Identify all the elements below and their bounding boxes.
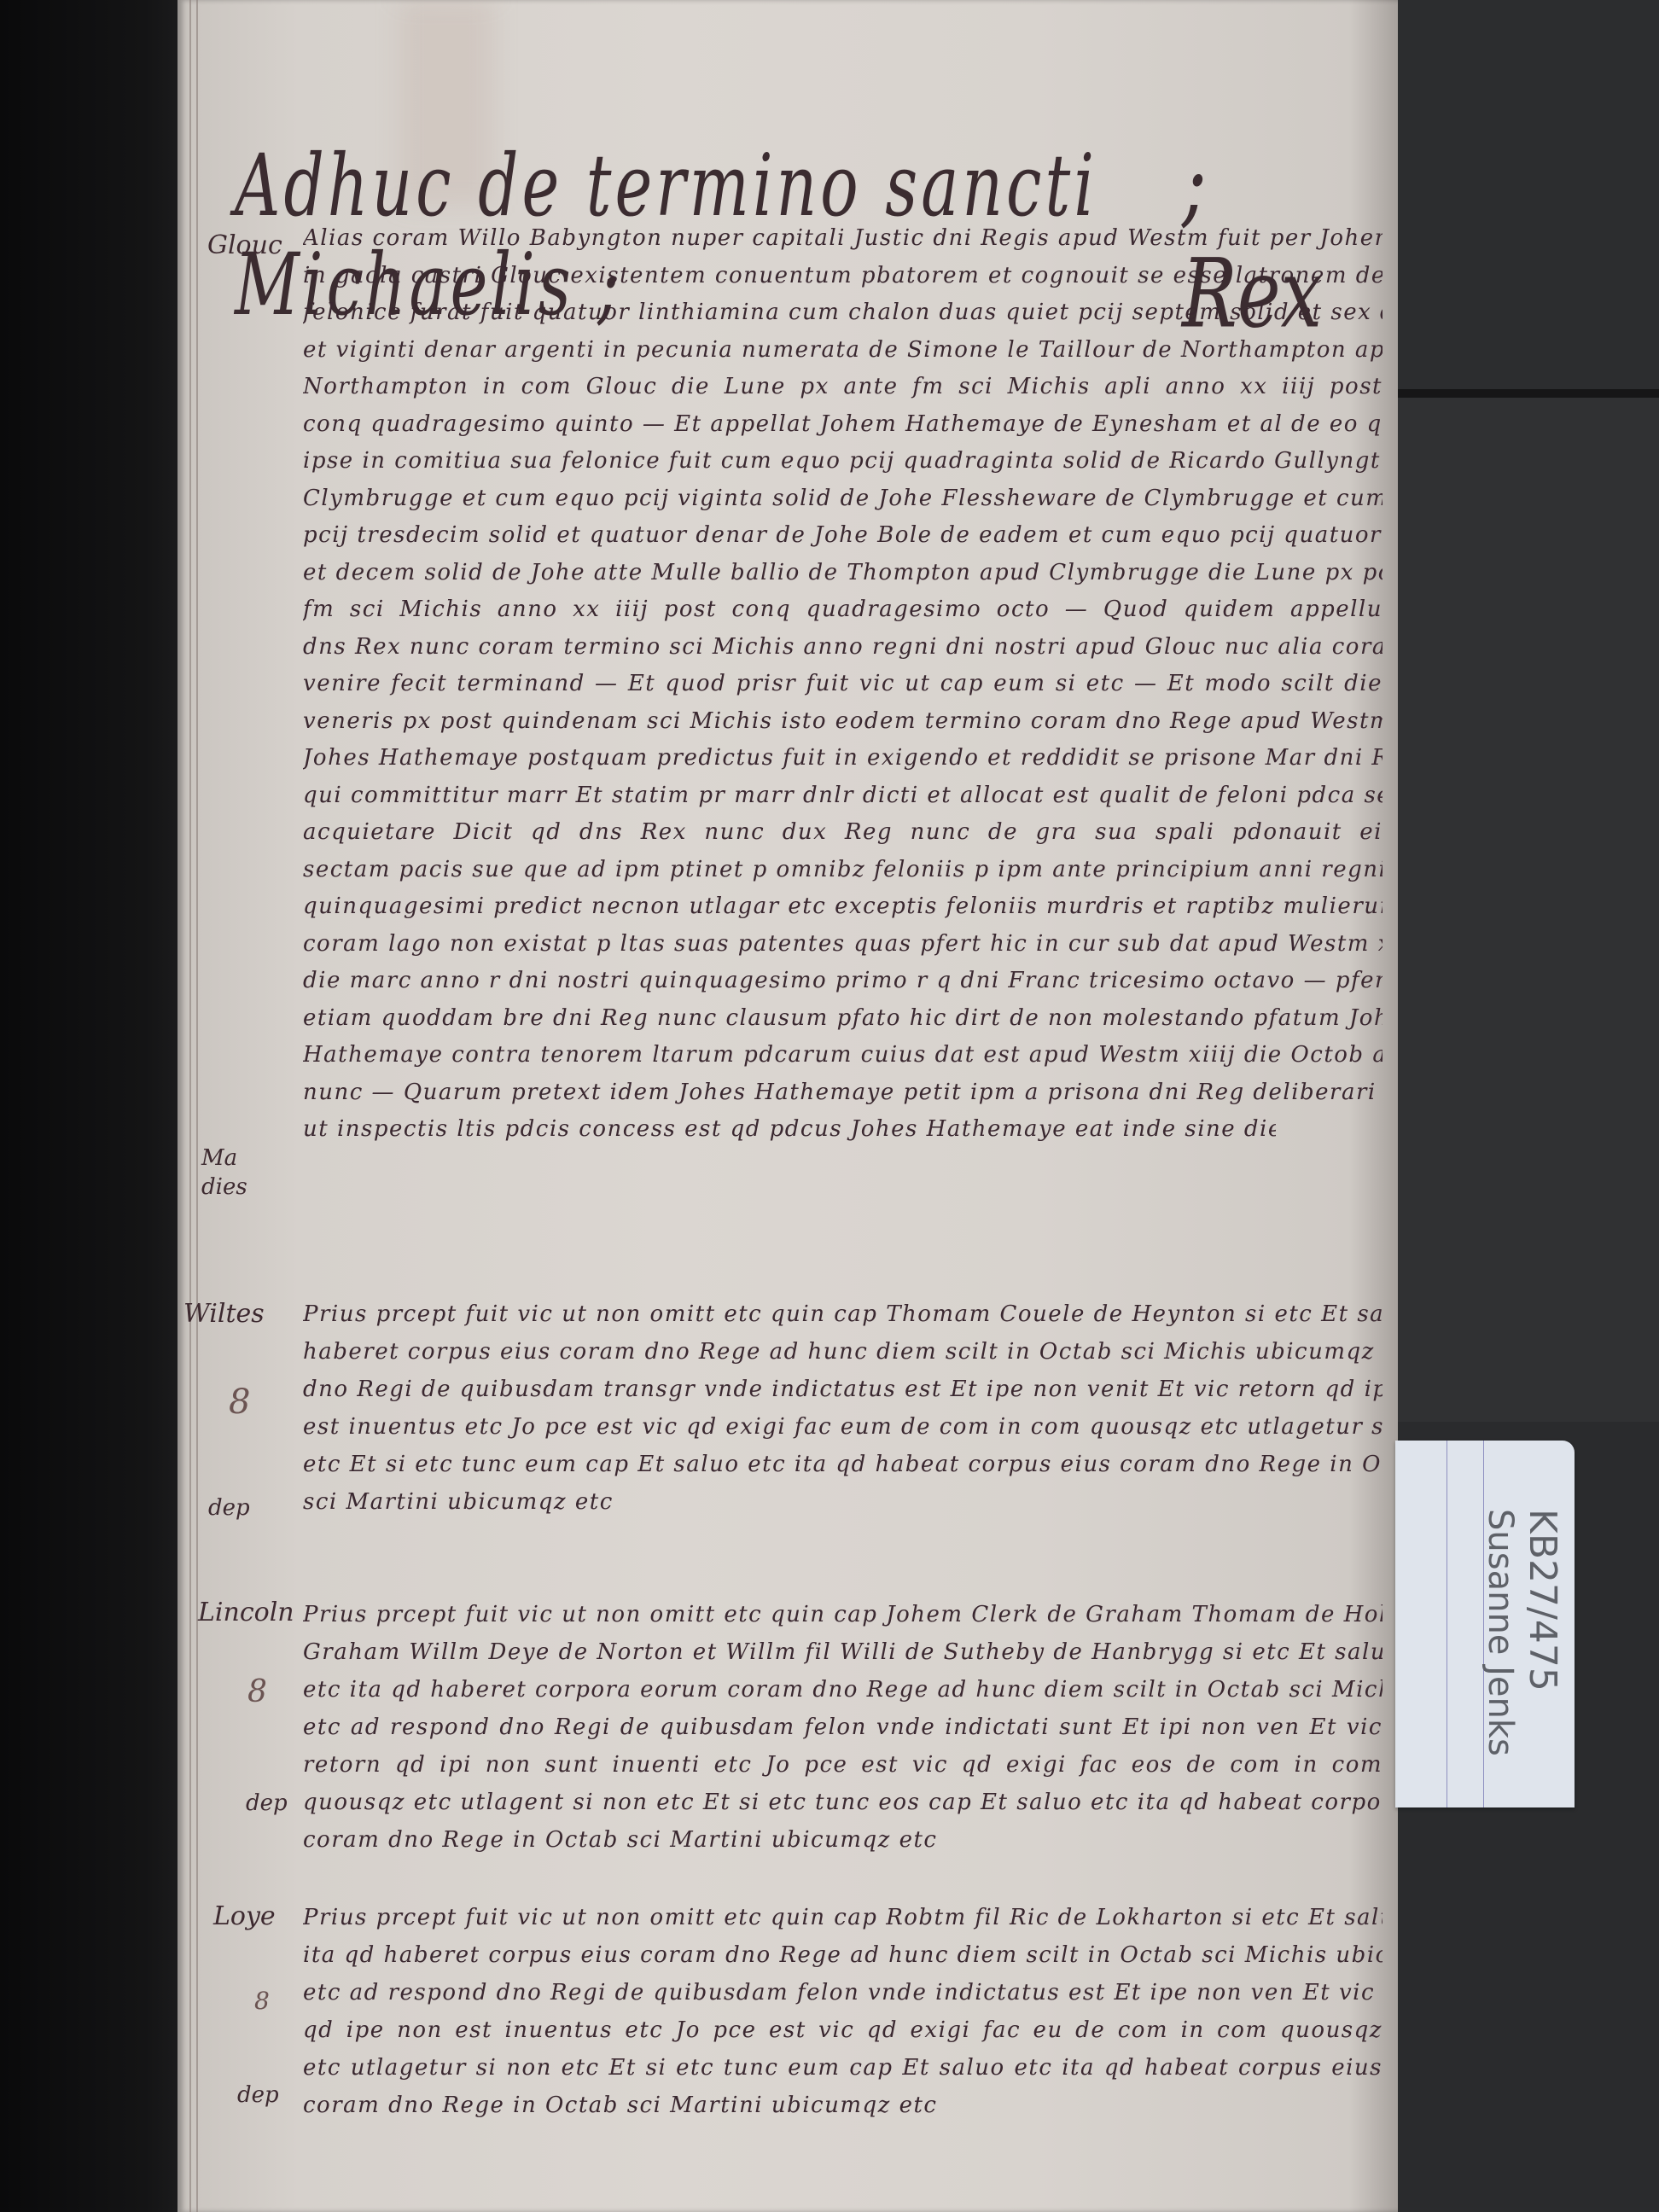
margin-note-dep: dep — [237, 2082, 279, 2108]
entry-line: Graham Willm Deye de Norton et Willm fil… — [303, 1633, 1382, 1671]
margin-note-county: Glouc — [207, 230, 282, 260]
entry-line: ipse in comitiua sua felonice fuit cum e… — [303, 443, 1382, 480]
entry-line: quinquagesimi predict necnon utlagar etc… — [303, 888, 1382, 926]
entry-line: qui committitur marr Et statim pr marr d… — [303, 777, 1382, 815]
entry-line: Northampton in com Glouc die Lune px ant… — [303, 369, 1382, 406]
roll-entry: Prius prcept fuit vic ut non omitt etc q… — [303, 1596, 1382, 1859]
backdrop-panel-seam — [1391, 389, 1659, 398]
entry-line: acquietare Dicit qd dns Rex nunc dux Reg… — [303, 814, 1382, 852]
entry-line: Johes Hathemaye postquam predictus fuit … — [303, 740, 1382, 777]
margin-note-county: Loye — [213, 1901, 276, 1931]
margin-loop-mark: 8 — [247, 1674, 267, 1709]
archive-reference-slip: KB27/475 Susanne Jenks — [1395, 1441, 1575, 1807]
entry-line: ita qd haberet corpus eius coram dno Reg… — [303, 1936, 1382, 1974]
entry-line: etc ad respond dno Regi de quibusdam fel… — [303, 1974, 1382, 2011]
backdrop-panel-mid — [1391, 398, 1659, 1422]
entry-line: veneris px post quindenam sci Michis ist… — [303, 703, 1382, 741]
entry-line: pcij tresdecim solid et quatuor denar de… — [303, 517, 1382, 555]
entry-line: qd ipe non est inuentus etc Jo pce est v… — [303, 2011, 1382, 2049]
entry-line: venire fecit terminand — Et quod prisr f… — [303, 666, 1382, 703]
entry-line: etc Et si etc tunc eum cap Et saluo etc … — [303, 1446, 1382, 1483]
backdrop-panel-top — [1391, 0, 1659, 393]
margin-note-dep: dep — [246, 1790, 288, 1816]
margin-note-dep: dep — [208, 1495, 250, 1521]
entry-line: Hathemaye contra tenorem ltarum pdcarum … — [303, 1037, 1382, 1074]
entry-line: etc ita qd haberet corpora eorum coram d… — [303, 1671, 1382, 1708]
entry-line: die marc anno r dni nostri quinquagesimo… — [303, 963, 1382, 1000]
entry-line: Prius prcept fuit vic ut non omitt etc q… — [303, 1596, 1382, 1633]
entry-line: et decem solid de Johe atte Mulle ballio… — [303, 555, 1382, 592]
roll-heading: Adhuc de termino sancti Michaelis ; ; Re… — [235, 128, 1370, 230]
entry-line: est inuentus etc Jo pce est vic qd exigi… — [303, 1408, 1382, 1446]
entry-line: fm sci Michis anno xx iiij post conq qua… — [303, 591, 1382, 629]
archive-owner-name: Susanne Jenks — [1481, 1509, 1520, 1756]
slip-ruled-line — [1447, 1441, 1447, 1807]
entry-line: etc utlagetur si non etc Et si etc tunc … — [303, 2049, 1382, 2087]
entry-line: Alias coram Willo Babyngton nuper capita… — [303, 220, 1382, 258]
entry-line: retorn qd ipi non sunt inuenti etc Jo pc… — [303, 1746, 1382, 1784]
backdrop-left — [0, 0, 181, 2212]
entry-line: nunc — Quarum pretext idem Johes Hathema… — [303, 1074, 1382, 1112]
margin-loop-mark: 8 — [254, 1987, 270, 2015]
entry-line: in gaola castri Glouc existentem conuent… — [303, 258, 1382, 295]
margin-note-dies: Ma dies — [201, 1144, 261, 1202]
margin-rule — [196, 0, 198, 2212]
roll-entry: Alias coram Willo Babyngton nuper capita… — [303, 220, 1382, 1149]
margin-note-county: Wiltes — [183, 1299, 265, 1329]
archive-reference: KB27/475 — [1521, 1509, 1564, 1691]
roll-entry: Prius prcept fuit vic ut non omitt etc q… — [303, 1899, 1382, 2124]
entry-line: coram dno Rege in Octab sci Martini ubic… — [303, 2087, 1382, 2124]
entry-line: sectam pacis sue que ad ipm ptinet p omn… — [303, 852, 1382, 889]
entry-line: etiam quoddam bre dni Reg nunc clausum p… — [303, 1000, 1382, 1038]
margin-loop-mark: 8 — [229, 1382, 250, 1422]
entry-line: dns Rex nunc coram termino sci Michis an… — [303, 629, 1382, 667]
entry-line: haberet corpus eius coram dno Rege ad hu… — [303, 1333, 1382, 1371]
roll-entry: Prius prcept fuit vic ut non omitt etc q… — [303, 1295, 1382, 1521]
entry-line: conq quadragesimo quinto — Et appellat J… — [303, 406, 1382, 444]
backdrop-right — [1391, 0, 1659, 2212]
entry-line: felonice furat fuit quatuor linthiamina … — [303, 294, 1382, 332]
entry-line: coram lago non existat p ltas suas paten… — [303, 926, 1382, 963]
entry-line: dno Regi de quibusdam transgr vnde indic… — [303, 1371, 1382, 1408]
entry-line: Clymbrugge et cum equo pcij viginta soli… — [303, 480, 1382, 518]
entry-line: Prius prcept fuit vic ut non omitt etc q… — [303, 1899, 1382, 1936]
entry-line: coram dno Rege in Octab sci Martini ubic… — [303, 1821, 1382, 1859]
entry-line: sci Martini ubicumqz etc — [303, 1483, 1382, 1521]
margin-rule — [189, 0, 191, 2212]
entry-line: et viginti denar argenti in pecunia nume… — [303, 332, 1382, 370]
entry-line: etc ad respond dno Regi de quibusdam fel… — [303, 1708, 1382, 1746]
entry-line: Prius prcept fuit vic ut non omitt etc q… — [303, 1295, 1382, 1333]
entry-line: quousqz etc utlagent si non etc Et si et… — [303, 1784, 1382, 1821]
entry-line: ut inspectis ltis pdcis concess est qd p… — [303, 1111, 1276, 1149]
margin-note-county: Lincoln — [198, 1598, 294, 1627]
